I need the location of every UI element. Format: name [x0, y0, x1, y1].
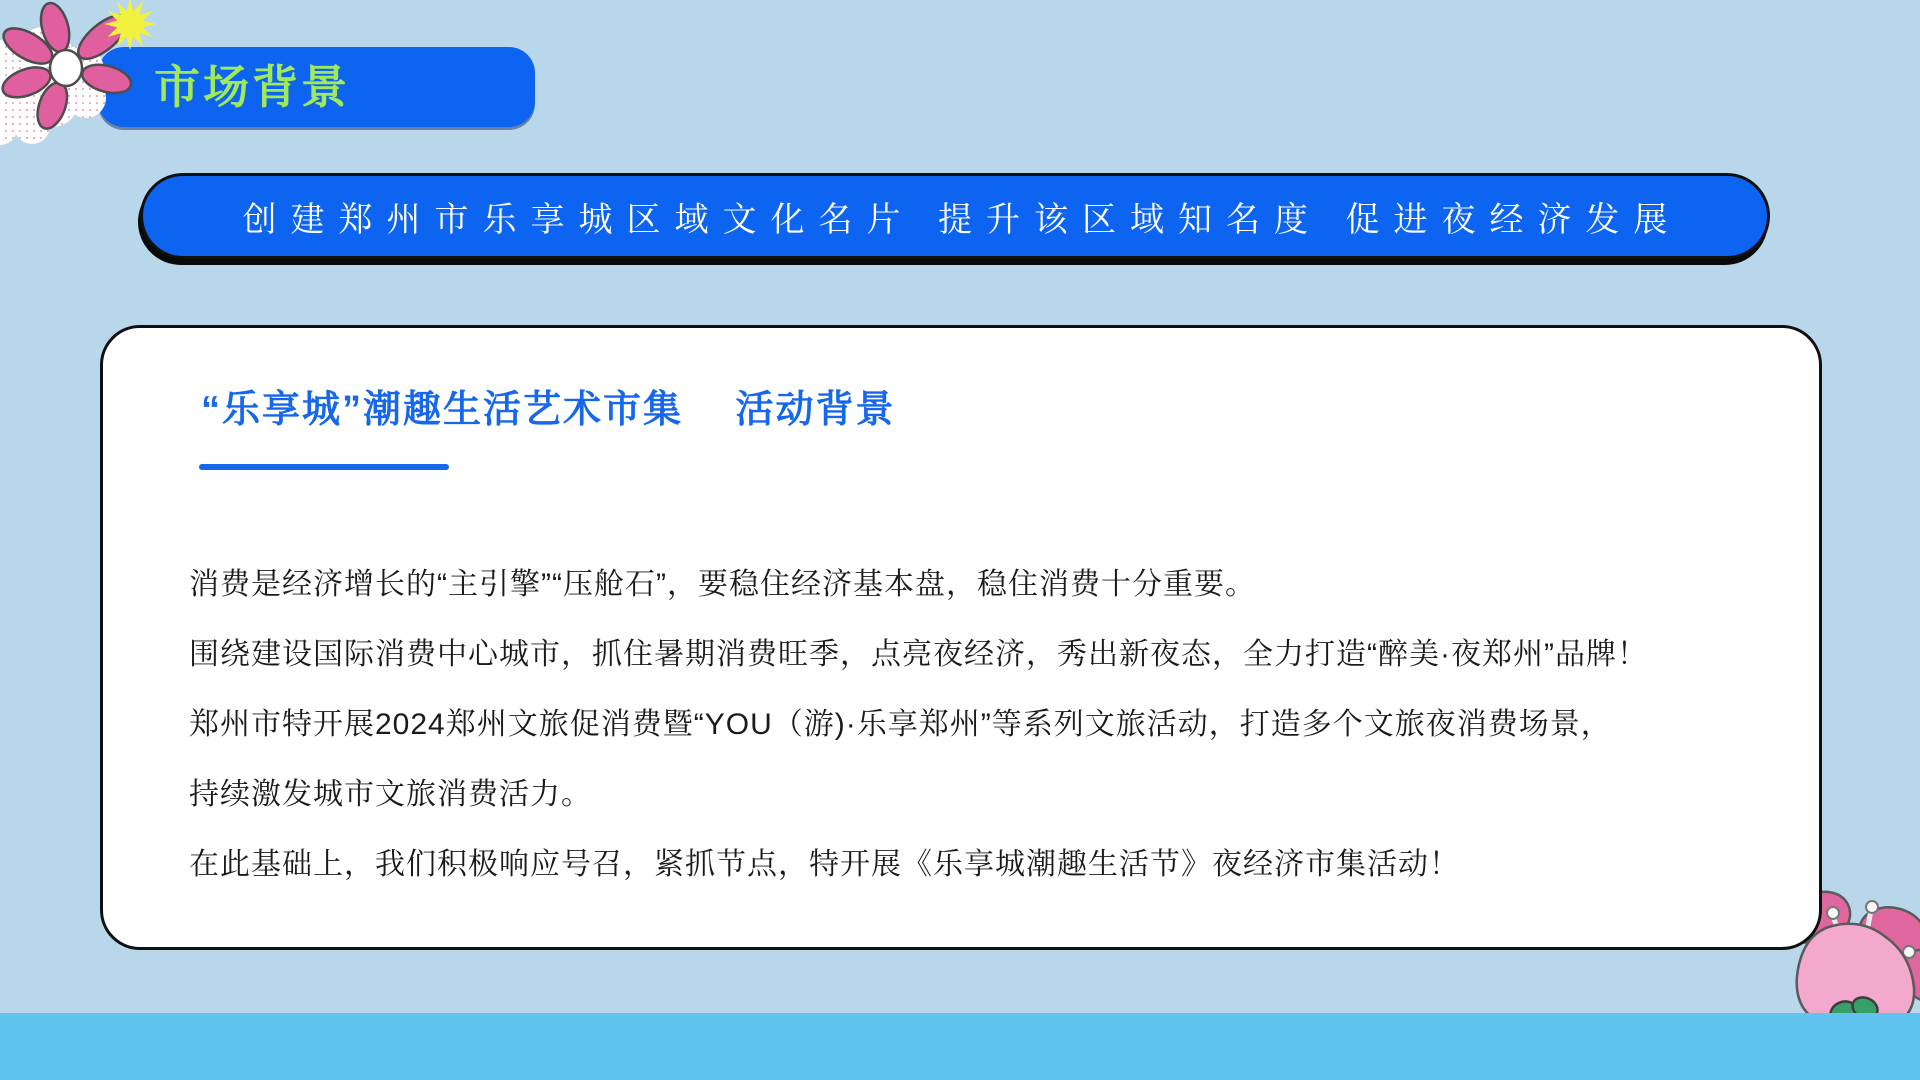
paragraph-line: 郑州市特开展2024郑州文旅促消费暨“YOU（游)·乐享郑州”等系列文旅活动，打… — [189, 690, 1729, 760]
paragraph-line: 在此基础上，我们积极响应号召，紧抓节点，特开展《乐享城潮趣生活节》夜经济市集活动… — [189, 830, 1729, 900]
content-card: “乐享城”潮趣生活艺术市集 活动背景 消费是经济增长的“主引擎”“压舱石”，要稳… — [100, 325, 1822, 950]
banner-text: 创建郑州市乐享城区域文化名片 提升该区域知名度 促进夜经济发展 — [243, 192, 1682, 241]
header-badge-label: 市场背景 — [154, 64, 350, 110]
paragraph-line: 消费是经济增长的“主引擎”“压舱石”，要稳住经济基本盘，稳住消费十分重要。 — [189, 550, 1729, 620]
topleft-decoration — [0, 0, 180, 176]
paragraph-line: 持续激发城市文旅消费活力。 — [189, 760, 1729, 830]
banner-pill: 创建郑州市乐享城区域文化名片 提升该区域知名度 促进夜经济发展 — [140, 173, 1770, 259]
card-title: “乐享城”潮趣生活艺术市集 活动背景 — [201, 386, 1729, 434]
slide: { "slide": { "background_color": "#b9d7e… — [0, 0, 1920, 1080]
paragraph-line: 围绕建设国际消费中心城市，抓住暑期消费旺季，点亮夜经济，秀出新夜态，全力打造“醉… — [189, 620, 1729, 690]
body-paragraphs: 消费是经济增长的“主引擎”“压舱石”，要稳住经济基本盘，稳住消费十分重要。 围绕… — [189, 550, 1729, 900]
footer-strip — [0, 1013, 1920, 1080]
title-underline — [199, 464, 449, 470]
